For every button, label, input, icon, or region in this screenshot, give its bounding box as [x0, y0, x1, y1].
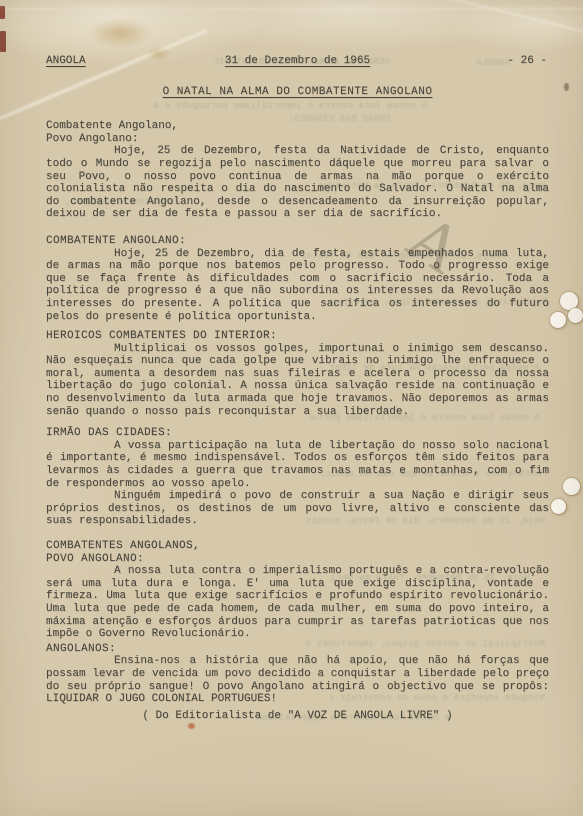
punch-hole: [560, 292, 578, 310]
punch-hole: [563, 478, 580, 495]
publication-name: ANGOLA: [46, 55, 86, 68]
paragraph: Ensina-nos a história que não há apoio, …: [46, 655, 549, 705]
edge-mark: [0, 6, 5, 19]
section-heading-angolanos: ANGOLANOS:: [46, 643, 549, 656]
section-heading-line: POVO ANGOLANO:: [46, 553, 549, 566]
edge-mark: [0, 31, 6, 52]
paper-crease: [0, 8, 583, 10]
paper-crease: [442, 0, 583, 39]
section-heading-combatente-angolano: COMBATENTE ANGOLANO:: [46, 235, 549, 248]
document-title: O NATAL NA ALMA DO COMBATENTE ANGOLANO: [46, 86, 549, 99]
salutation: Combatente Angolano, Povo Angolano:: [46, 120, 549, 145]
salutation-line-2: Povo Angolano:: [46, 133, 549, 146]
page-header: ANGOLA 31 de Dezembro de 1965 - 26 -: [46, 55, 549, 68]
scanned-document-page: HEROICOS COMBATENTES DO INTERIOR: ANGOLA…: [0, 0, 583, 816]
section-heading-line: COMBATENTES ANGOLANOS,: [46, 540, 549, 553]
section-heading-heroicos-combatentes: HEROICOS COMBATENTES DO INTERIOR:: [46, 330, 549, 343]
paragraph: Multiplicai os vossos golpes, importunai…: [46, 343, 549, 419]
punch-hole: [550, 312, 566, 328]
punch-hole: [551, 499, 566, 514]
paragraph: Hoje, 25 de Dezembro, dia de festa, esta…: [46, 248, 549, 324]
paragraph: A nossa luta contra o imperialismo portu…: [46, 565, 549, 641]
credit-line: ( Do Editorialista de "A VOZ DE ANGOLA L…: [46, 710, 549, 723]
section-heading-combatentes-angolanos: COMBATENTES ANGOLANOS, POVO ANGOLANO:: [46, 540, 549, 565]
page-number: - 26 -: [507, 55, 547, 68]
rust-speck: [188, 723, 195, 729]
ink-speck: [564, 83, 569, 91]
paper-stain: [88, 18, 152, 48]
punch-hole: [568, 308, 583, 323]
header-date: 31 de Dezembro de 1965: [225, 55, 370, 68]
paragraph: Ninguém impedirá o povo de construir a s…: [46, 490, 549, 528]
paragraph-intro: Hoje, 25 de Dezembro, festa da Natividad…: [46, 145, 549, 221]
salutation-line-1: Combatente Angolano,: [46, 120, 549, 133]
section-heading-irmao-das-cidades: IRMÃO DAS CIDADES:: [46, 427, 549, 440]
document-body: ANGOLA 31 de Dezembro de 1965 - 26 - O N…: [46, 55, 549, 722]
paragraph: A vossa participação na luta de libertaç…: [46, 440, 549, 490]
